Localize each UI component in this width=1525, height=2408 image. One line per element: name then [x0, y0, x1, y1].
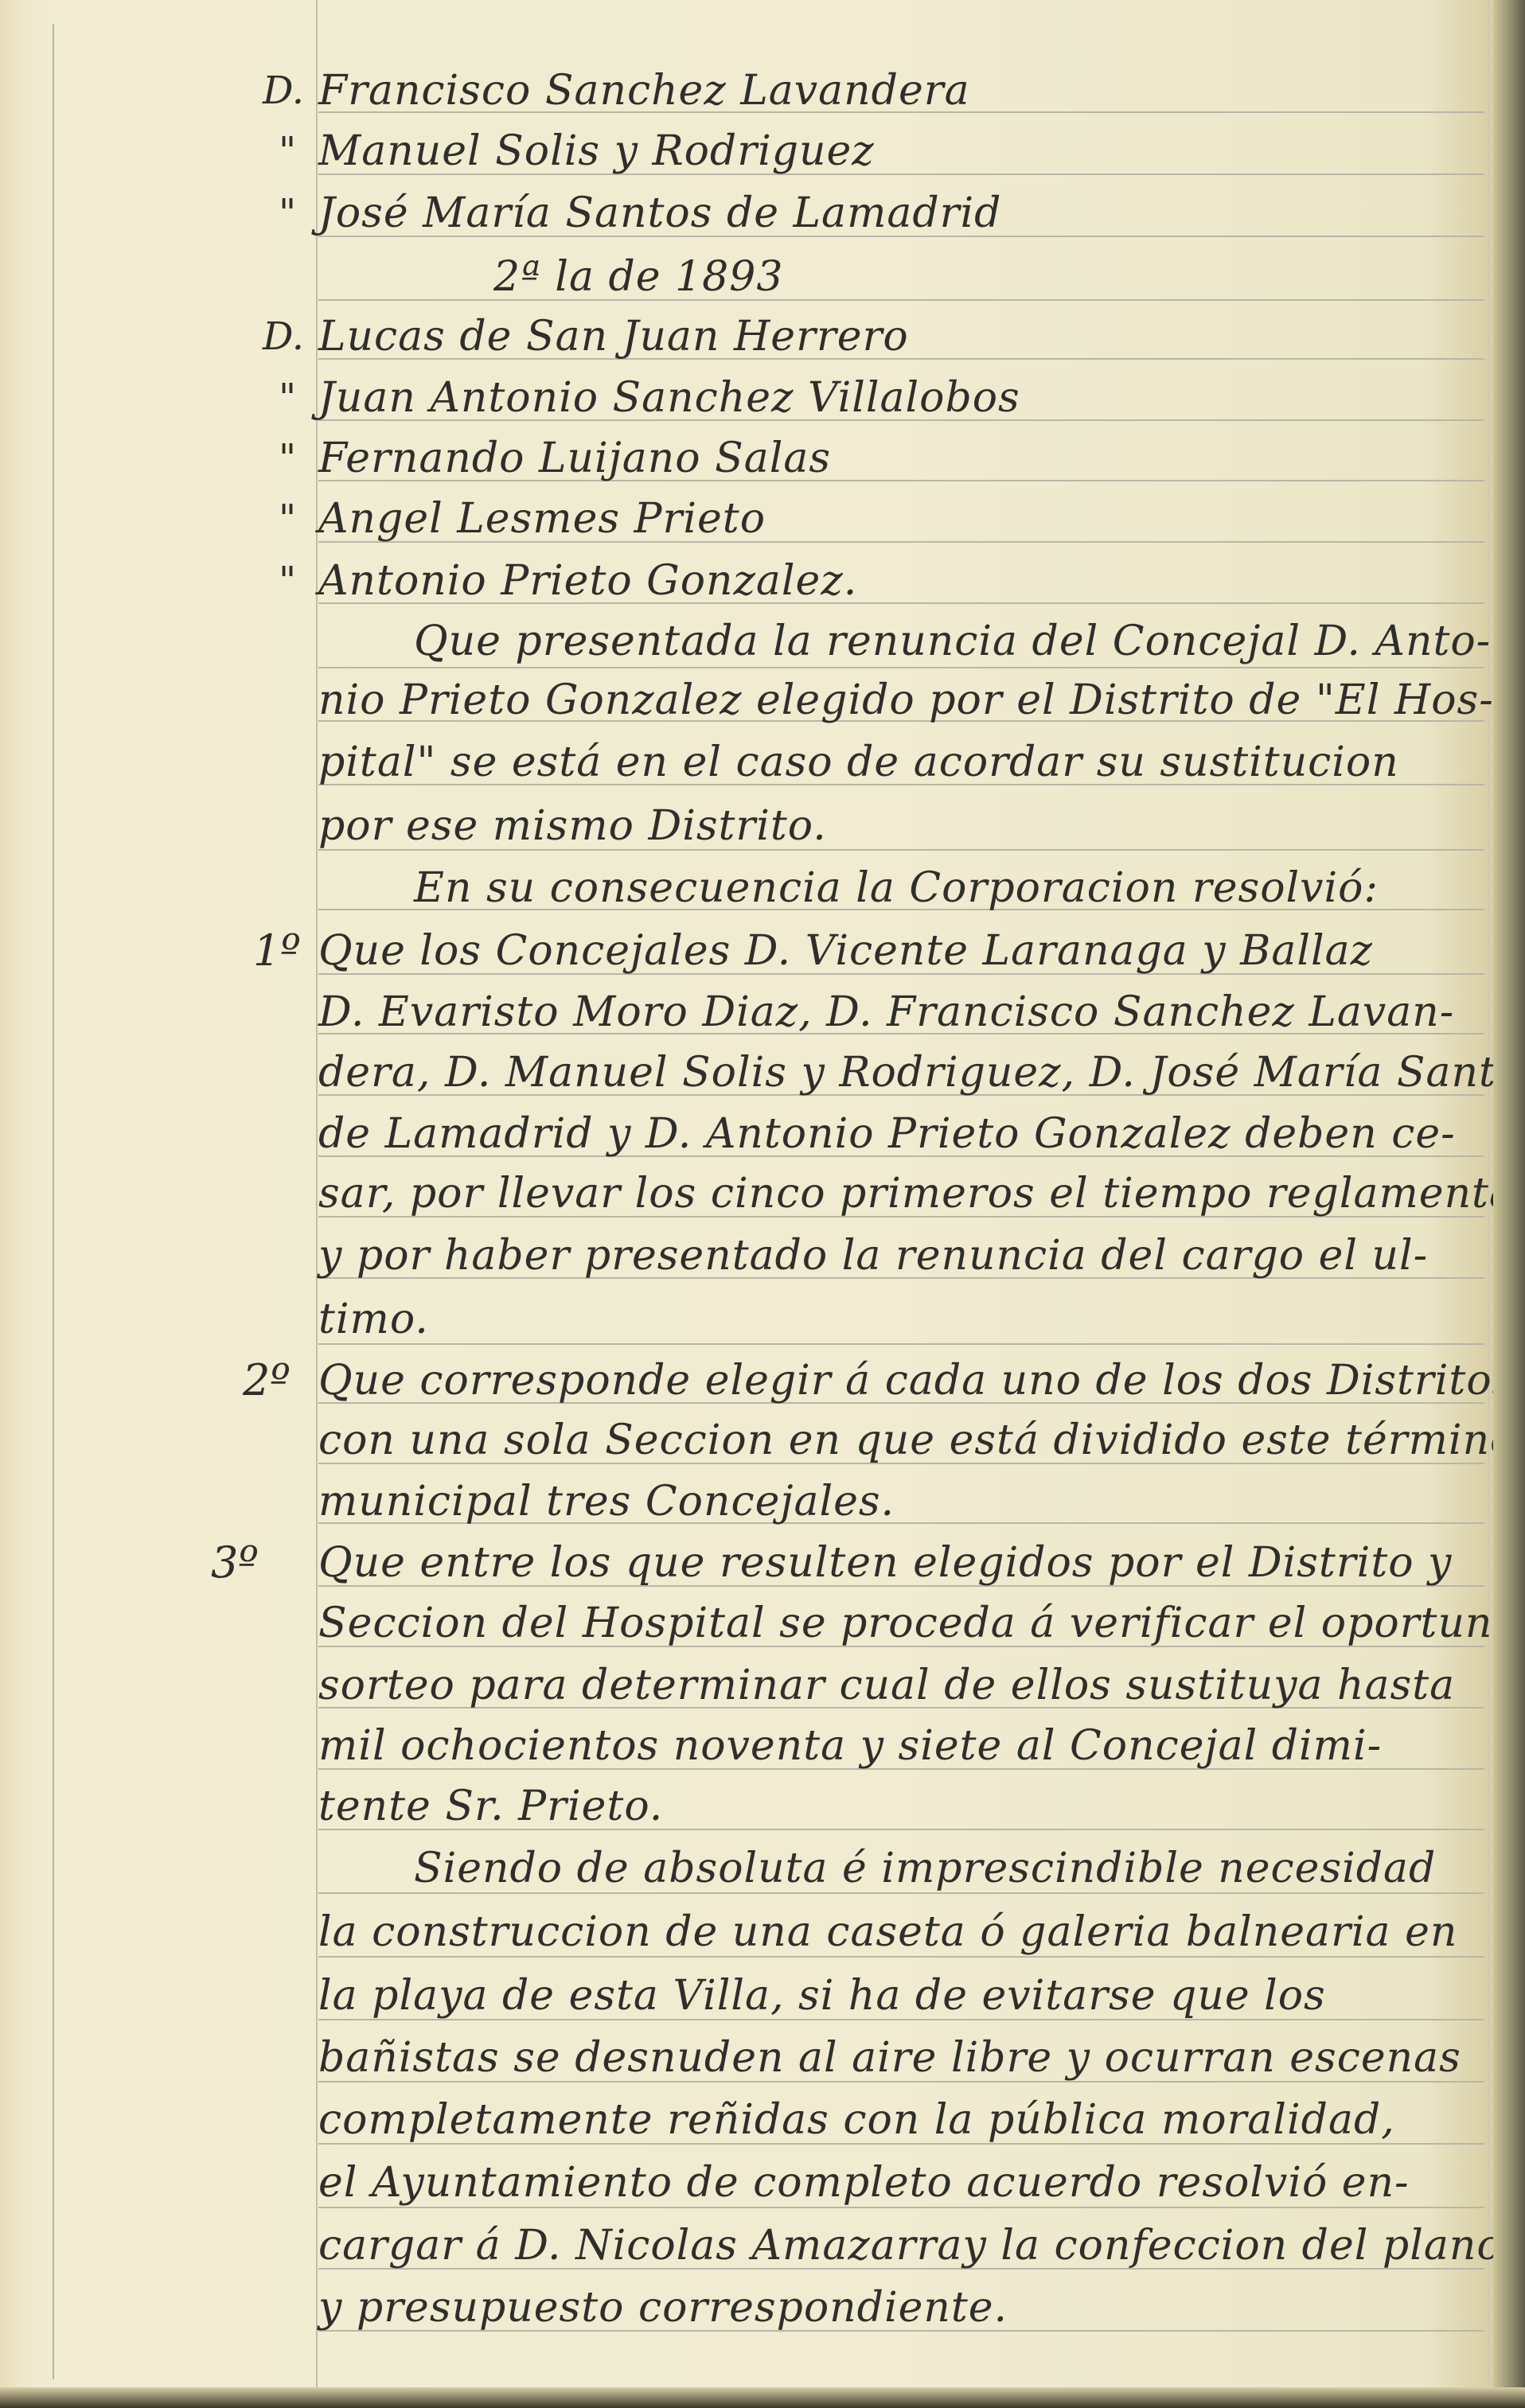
- paragraph-line: Siendo de absoluta é imprescindible nece…: [414, 1845, 1525, 1892]
- header-name-line: Francisco Sanchez Lavandera: [318, 67, 1480, 115]
- paragraph-line: completamente reñidas con la pública mor…: [318, 2096, 1480, 2144]
- resolution-intro: En su consecuencia la Corporacion resolv…: [414, 864, 1525, 912]
- paragraph-line: el Ayuntamiento de completo acuerdo reso…: [318, 2159, 1480, 2207]
- paragraph-line: pital" se está en el caso de acordar su …: [318, 738, 1480, 786]
- name-prefix: D.: [263, 313, 304, 360]
- paragraph-line: la construccion de una caseta ó galeria …: [318, 1908, 1480, 1956]
- inner-margin-line: [316, 0, 318, 2387]
- second-name-line: Fernando Luijano Salas: [318, 434, 1480, 482]
- name-prefix: ": [279, 127, 296, 175]
- paragraph-line: bañistas se desnuden al aire libre y ocu…: [318, 2034, 1480, 2082]
- item-marker: 2º: [243, 1357, 291, 1405]
- ruled-line: [318, 2207, 1484, 2208]
- name-prefix: ": [279, 189, 296, 237]
- item-line: Que corresponde elegir á cada uno de los…: [318, 1357, 1480, 1405]
- item-marker: 1º: [253, 927, 301, 975]
- binding-edge: [1493, 0, 1525, 2408]
- section-heading: 2ª la de 1893: [493, 253, 1525, 301]
- ruled-line: [318, 1956, 1484, 1958]
- manuscript-page: D. Francisco Sanchez Lavandera " Manuel …: [0, 0, 1496, 2387]
- second-name-line: Juan Antonio Sanchez Villalobos: [318, 374, 1480, 422]
- item-line: dera, D. Manuel Solis y Rodriguez, D. Jo…: [318, 1049, 1480, 1097]
- ruled-line: [318, 1892, 1484, 1894]
- item-line: Que entre los que resulten elegidos por …: [318, 1539, 1480, 1587]
- item-line: sar, por llevar los cinco primeros el ti…: [318, 1170, 1480, 1218]
- item-line: tente Sr. Prieto.: [318, 1783, 1480, 1830]
- item-line: Seccion del Hospital se proceda á verifi…: [318, 1599, 1480, 1647]
- item-line: D. Evaristo Moro Diaz, D. Francisco Sanc…: [318, 988, 1480, 1036]
- item-line: sorteo para determinar cual de ellos sus…: [318, 1662, 1480, 1709]
- item-line: Que los Concejales D. Vicente Laranaga y…: [318, 927, 1480, 975]
- item-line: con una sola Seccion en que está dividid…: [318, 1416, 1480, 1464]
- ruled-line: [318, 1343, 1484, 1345]
- page-bottom-edge: [0, 2387, 1525, 2408]
- paragraph-line: Que presentada la renuncia del Concejal …: [414, 618, 1525, 665]
- paragraph-line: y presupuesto correspondiente.: [318, 2284, 1480, 2332]
- paragraph-line: la playa de esta Villa, si ha de evitars…: [318, 1972, 1480, 2020]
- name-prefix: D.: [263, 67, 304, 115]
- ruled-line: [318, 667, 1484, 668]
- paragraph-line: nio Prieto Gonzalez elegido por el Distr…: [318, 676, 1480, 724]
- item-line: y por haber presentado la renuncia del c…: [318, 1232, 1480, 1280]
- second-name-line: Angel Lesmes Prieto: [318, 495, 1480, 543]
- item-marker: 3º: [211, 1539, 259, 1587]
- header-name-line: Manuel Solis y Rodriguez: [318, 127, 1480, 175]
- item-line: de Lamadrid y D. Antonio Prieto Gonzalez…: [318, 1110, 1480, 1158]
- name-prefix: ": [279, 495, 296, 543]
- paragraph-line: por ese mismo Distrito.: [318, 802, 1480, 850]
- item-line: mil ochocientos noventa y siete al Conce…: [318, 1722, 1480, 1770]
- item-line: municipal tres Concejales.: [318, 1478, 1480, 1525]
- header-name-line: José María Santos de Lamadrid: [318, 189, 1480, 237]
- second-name-line: Antonio Prieto Gonzalez.: [318, 557, 1480, 605]
- name-prefix: ": [279, 557, 296, 605]
- item-line: timo.: [318, 1296, 1480, 1343]
- name-prefix: ": [279, 434, 296, 482]
- second-name-line: Lucas de San Juan Herrero: [318, 313, 1480, 360]
- outer-margin-line: [53, 24, 54, 2379]
- name-prefix: ": [279, 374, 296, 422]
- paragraph-line: cargar á D. Nicolas Amazarray la confecc…: [318, 2222, 1480, 2270]
